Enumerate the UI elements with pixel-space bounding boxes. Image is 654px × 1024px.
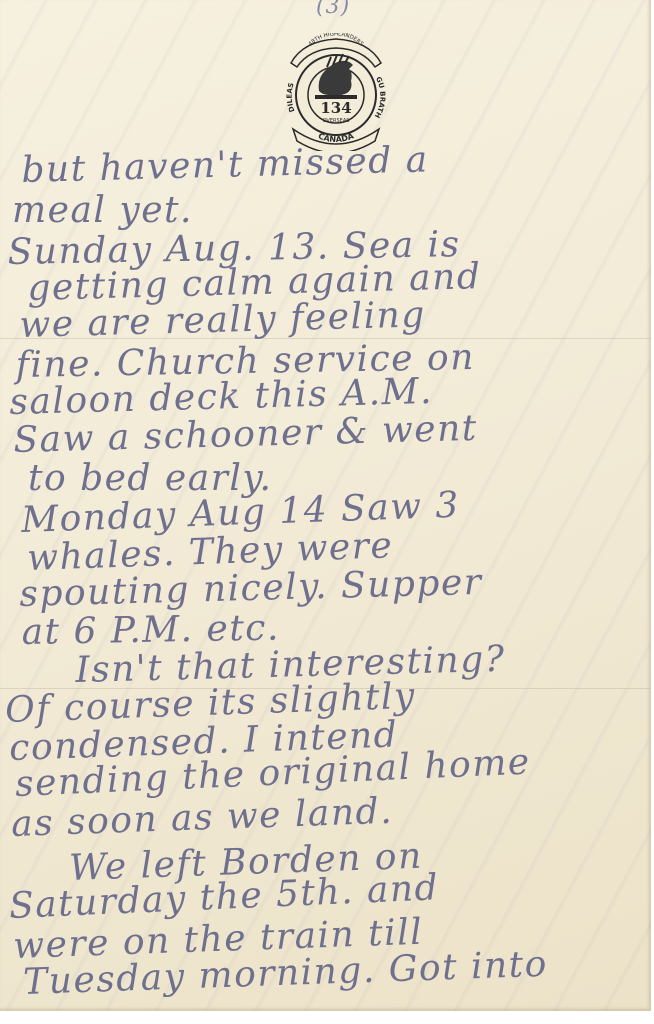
handwritten-line: meal yet. <box>12 190 193 231</box>
letter-page: (3) 134 48TH HIGHLANDERS DILEAS GU BRATH… <box>0 0 651 1011</box>
svg-text:DILEAS: DILEAS <box>286 82 297 113</box>
page-number: (3) <box>316 0 350 19</box>
svg-text:134: 134 <box>320 99 351 117</box>
svg-text:OVERSEAS: OVERSEAS <box>323 118 350 124</box>
regimental-crest-icon: 134 48TH HIGHLANDERS DILEAS GU BRATH OVE… <box>283 33 389 151</box>
